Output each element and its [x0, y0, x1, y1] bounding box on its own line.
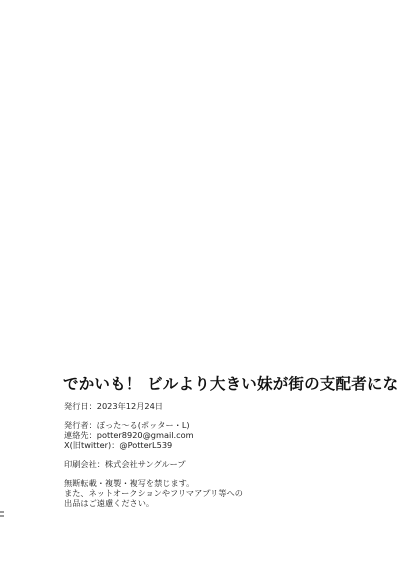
- issue-date: 発行日：2023年12月24日: [64, 401, 163, 411]
- notice-line-1: 無断転載・複製・複写を禁じます。: [64, 478, 194, 488]
- book-title: でかいも！ ビルより大きい妹が街の支配者になる話: [63, 372, 400, 394]
- publisher: 発行者：ぽった～る(ポッター・L): [64, 420, 190, 430]
- printer: 印刷会社：株式会社サングループ: [64, 459, 186, 469]
- notice-line-2: また、ネットオークションやフリマアプリ等への: [64, 488, 243, 498]
- page-edge-mark: [0, 511, 4, 521]
- twitter-handle: X(旧twitter)：@PotterL539: [64, 440, 172, 450]
- notice-line-3: 出品はご遠慮ください。: [64, 498, 154, 508]
- contact-email: 連絡先：potter8920@gmail.com: [64, 430, 194, 440]
